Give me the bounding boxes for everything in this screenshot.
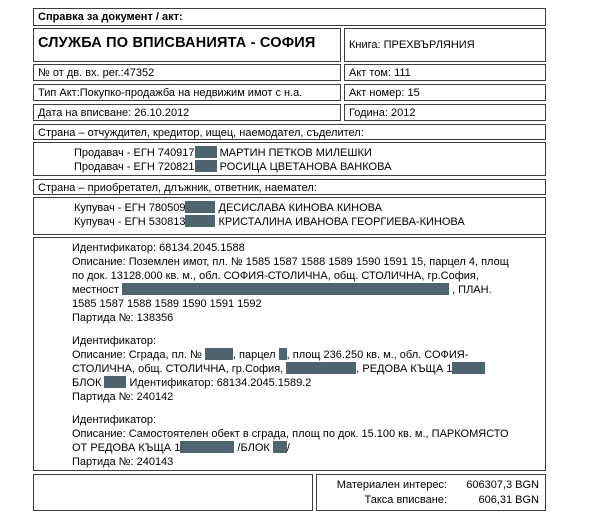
redaction-block [195,146,217,158]
report-title: Справка за документ / акт: [33,8,546,26]
office-name: СЛУЖБА ПО ВПИСВАНИЯТА - СОФИЯ [33,28,341,62]
entry-date-field: Дата на вписване: 26.10.2012 [33,104,341,121]
property-group: Идентификатор: 68134.2045.1588Описание: … [72,241,545,325]
redaction-block [104,376,126,388]
sellers-section-header: Страна – отчуждител, кредитор, ищец, нае… [33,124,546,140]
property-descriptions: Идентификатор: 68134.2045.1588Описание: … [33,237,546,471]
text-line: Партида №: 240143 [72,455,545,469]
fee-value: 606307,3 BGN [447,478,539,493]
text-segment: Продавач - ЕГН 740917 [74,147,195,159]
text-segment: Описание: Самостоятелен обект в сграда, … [72,428,509,440]
text-line: Купувач - ЕГН 530813 КРИСТАЛИНА ИВАНОВА … [74,215,541,229]
text-line: по док. 13128.000 кв. м., обл. СОФИЯ-СТО… [72,269,545,283]
text-segment: Идентификатор: 68134.2045.1588 [72,242,245,254]
year-field: Година: 2012 [344,104,546,121]
text-segment: МАРТИН ПЕТКОВ МИЛЕШКИ [217,147,372,159]
text-segment: по док. 13128.000 кв. м., обл. СОФИЯ-СТО… [72,270,479,282]
text-line: Описание: Самостоятелен обект в сграда, … [72,427,545,441]
text-line: Продавач - ЕГН 740917 МАРТИН ПЕТКОВ МИЛЕ… [74,146,541,160]
redaction-block [286,362,356,374]
redaction-block [185,215,215,227]
fee-label: Такса вписване: [323,493,447,508]
text-segment: , РЕДОВА КЪЩА 1 [356,363,452,375]
document-page: Справка за документ / акт: СЛУЖБА ПО ВПИ… [0,0,600,516]
bottom-empty-cell [33,474,313,511]
text-line: Партида №: 138356 [72,311,545,325]
redaction-block [180,441,234,453]
text-segment: БЛОК [72,377,104,389]
act-volume-field: Акт том: 111 [344,64,546,81]
buyers-list: Купувач - ЕГН 780509 ДЕСИСЛАВА КИНОВА КИ… [33,197,546,235]
text-segment: местност [72,284,122,296]
fees-cell: Материален интерес:606307,3 BGNТакса впи… [316,474,546,511]
text-segment: , ПЛАН. [449,284,492,296]
redaction-block [452,362,485,374]
text-segment: / [287,442,290,454]
text-segment: ДЕСИСЛАВА КИНОВА КИНОВА [215,202,382,214]
act-number-field: Акт номер: 15 [344,84,546,101]
act-type-field: Тип Акт:Покупко-продажба на недвижим имо… [33,84,341,101]
book-field: Книга: ПРЕХВЪРЛЯНИЯ [344,28,546,62]
redaction-block [122,283,449,295]
text-line: Описание: Поземлен имот, пл. № 1585 1587… [72,255,545,269]
text-segment: Идентификатор: [72,335,156,347]
text-line: БЛОК Идентификатор: 68134.2045.1589.2 [72,376,545,390]
property-group: Идентификатор:Описание: Самостоятелен об… [72,413,545,469]
redaction-block [185,201,215,213]
text-line: ОТ РЕДОВА КЪЩА 1 /БЛОК / [72,441,545,455]
redaction-block [279,348,287,360]
text-line: Идентификатор: [72,413,545,427]
text-segment: Описание: Поземлен имот, пл. № 1585 1587… [72,256,509,268]
text-line: Продавач - ЕГН 720821 РОСИЦА ЦВЕТАНОВА В… [74,160,541,174]
property-group: Идентификатор:Описание: Сграда, пл. № , … [72,334,545,404]
text-line: Идентификатор: [72,334,545,348]
text-line: местност , ПЛАН. [72,283,545,297]
text-line: Купувач - ЕГН 780509 ДЕСИСЛАВА КИНОВА КИ… [74,201,541,215]
text-line: 1585 1587 1588 1589 1590 1591 1592 [72,297,545,311]
text-line: СТОЛИЧНА, общ. СТОЛИЧНА, гр.София, , РЕД… [72,362,545,376]
buyers-section-header: Страна – приобретател, длъжник, ответник… [33,179,546,195]
sellers-list: Продавач - ЕГН 740917 МАРТИН ПЕТКОВ МИЛЕ… [33,142,546,176]
fee-line: Материален интерес:606307,3 BGN [323,478,539,493]
fee-label: Материален интерес: [323,478,447,493]
text-line: Партида №: 240142 [72,390,545,404]
redaction-block [195,160,217,172]
text-segment: РОСИЦА ЦВЕТАНОВА ВАНКОВА [217,161,392,173]
text-segment: Купувач - ЕГН 530813 [74,216,185,228]
text-segment: , площ 236.250 кв. м., обл. СОФИЯ- [287,349,469,361]
redaction-block [273,441,287,453]
registry-report: Справка за документ / акт: СЛУЖБА ПО ВПИ… [33,8,546,511]
text-segment: ОТ РЕДОВА КЪЩА 1 [72,442,180,454]
text-segment: Партида №: 240143 [72,456,173,468]
text-segment: СТОЛИЧНА, общ. СТОЛИЧНА, гр.София, [72,363,286,375]
text-segment: 1585 1587 1588 1589 1590 1591 1592 [72,298,262,310]
text-segment: КРИСТАЛИНА ИВАНОВА ГЕОРГИЕВА-КИНОВА [215,216,464,228]
text-segment: Партида №: 138356 [72,312,173,324]
text-segment: , парцел [233,349,279,361]
fee-line: Такса вписване:606,31 BGN [323,493,539,508]
text-line: Описание: Сграда, пл. № , парцел , площ … [72,348,545,362]
text-segment: Купувач - ЕГН 780509 [74,202,185,214]
text-segment: Идентификатор: [72,414,156,426]
registration-number-field: № от дв. вх. рег.:47352 [33,64,341,81]
text-segment: Идентификатор: 68134.2045.1589.2 [126,377,311,389]
text-segment: Партида №: 240142 [72,391,173,403]
text-segment: Описание: Сграда, пл. № [72,349,205,361]
fee-value: 606,31 BGN [447,493,539,508]
text-segment: /БЛОК [234,442,273,454]
redaction-block [205,348,233,360]
text-segment: Продавач - ЕГН 720821 [74,161,195,173]
text-line: Идентификатор: 68134.2045.1588 [72,241,545,255]
